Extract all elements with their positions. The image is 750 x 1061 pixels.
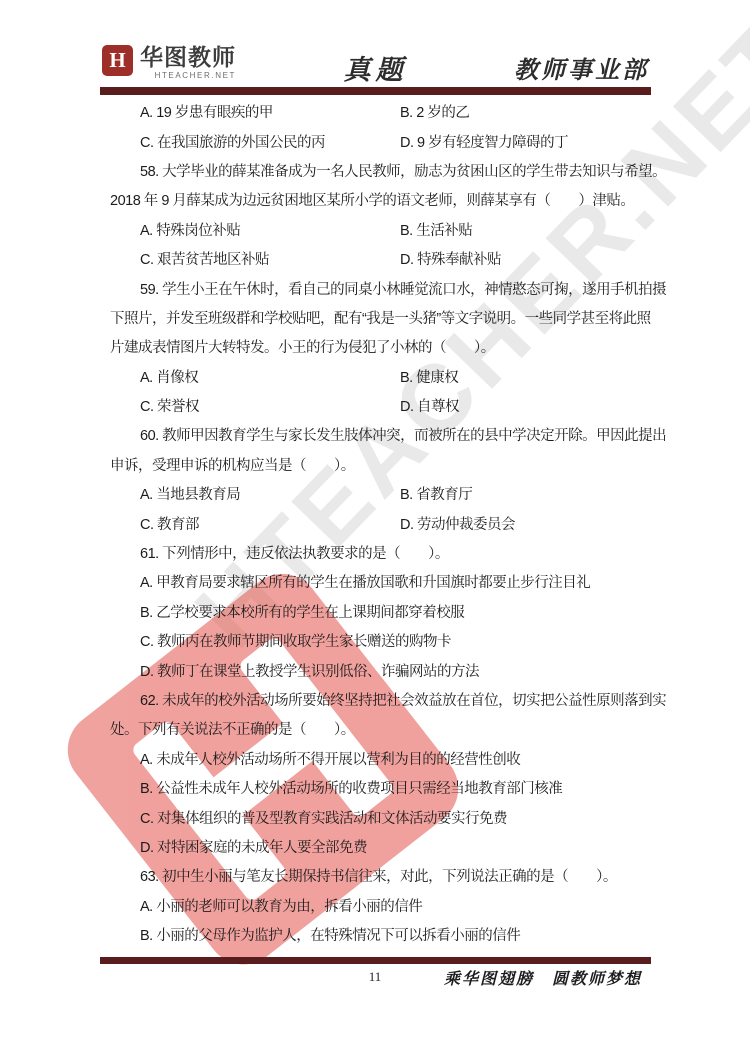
- option-row: C. 在我国旅游的外国公民的丙D. 9 岁有轻度智力障碍的丁: [110, 126, 646, 155]
- question-text-line: 下照片，并发至班级群和学校贴吧，配有“我是一头猪”等文字说明。一些同学甚至将此照: [110, 303, 646, 332]
- footer-rule: [100, 957, 651, 964]
- option-b: B. 2 岁的乙: [400, 101, 646, 122]
- exam-page: HTEACHER.NET H 华图教师 HTEACHER.NET 真题 教师事业…: [0, 0, 750, 1061]
- question-text-line: 片建成表情图片大转特发。小王的行为侵犯了小林的（ ）。: [110, 332, 646, 361]
- question-text-line: 63. 初中生小丽与笔友长期保持书信往来，对此，下列说法正确的是（ ）。: [110, 861, 646, 890]
- page-header: H 华图教师 HTEACHER.NET 真题 教师事业部: [100, 42, 651, 88]
- option-row: C. 荣誉权D. 自尊权: [110, 391, 646, 420]
- option-b: B. 省教育厅: [400, 483, 646, 504]
- option-row: C. 教育部D. 劳动仲裁委员会: [110, 508, 646, 537]
- footer-slogan: 乘华图翅膀 圆教师梦想: [444, 966, 642, 989]
- option-a: A. 肖像权: [110, 366, 400, 387]
- question-text-line: 58. 大学毕业的薛某准备成为一名人民教师，励志为贫困山区的学生带去知识与希望。: [110, 156, 646, 185]
- option-c: C. 在我国旅游的外国公民的丙: [110, 131, 400, 152]
- option-line: B. 小丽的父母作为监护人，在特殊情况下可以拆看小丽的信件: [110, 920, 646, 949]
- question-text-line: 2018 年 9 月薛某成为边远贫困地区某所小学的语文老师，则薛某享有（ ）津贴…: [110, 185, 646, 214]
- question-text-line: 61. 下列情形中，违反依法执教要求的是（ ）。: [110, 538, 646, 567]
- option-line: A. 未成年人校外活动场所不得开展以营利为目的的经营性创收: [110, 744, 646, 773]
- option-line: B. 乙学校要求本校所有的学生在上课期间都穿着校服: [110, 597, 646, 626]
- department-title: 教师事业部: [514, 50, 649, 85]
- option-d: D. 特殊奉献补贴: [400, 248, 646, 269]
- question-text-line: 60. 教师甲因教育学生与家长发生肢体冲突，而被所在的县中学决定开除。甲因此提出: [110, 420, 646, 449]
- option-d: D. 自尊权: [400, 395, 646, 416]
- question-area: A. 19 岁患有眼疾的甲B. 2 岁的乙C. 在我国旅游的外国公民的丙D. 9…: [110, 97, 646, 949]
- option-b: B. 生活补贴: [400, 219, 646, 240]
- option-c: C. 教育部: [110, 513, 400, 534]
- option-d: D. 9 岁有轻度智力障碍的丁: [400, 131, 646, 152]
- header-rule: [100, 87, 651, 95]
- option-line: A. 甲教育局要求辖区所有的学生在播放国歌和升国旗时都要止步行注目礼: [110, 567, 646, 596]
- option-row: A. 特殊岗位补贴B. 生活补贴: [110, 215, 646, 244]
- question-text-line: 处。下列有关说法不正确的是（ ）。: [110, 714, 646, 743]
- option-c: C. 荣誉权: [110, 395, 400, 416]
- option-line: A. 小丽的老师可以教育为由，拆看小丽的信件: [110, 891, 646, 920]
- option-b: B. 健康权: [400, 366, 646, 387]
- option-row: A. 当地县教育局B. 省教育厅: [110, 479, 646, 508]
- option-line: D. 教师丁在课堂上教授学生识别低俗、诈骗网站的方法: [110, 655, 646, 684]
- option-a: A. 特殊岗位补贴: [110, 219, 400, 240]
- option-d: D. 劳动仲裁委员会: [400, 513, 646, 534]
- option-a: A. 19 岁患有眼疾的甲: [110, 101, 400, 122]
- option-row: A. 19 岁患有眼疾的甲B. 2 岁的乙: [110, 97, 646, 126]
- question-text-line: 59. 学生小王在午休时，看自己的同桌小林睡觉流口水，神情憨态可掬，遂用手机拍摄: [110, 273, 646, 302]
- option-row: A. 肖像权B. 健康权: [110, 362, 646, 391]
- question-text-line: 申诉，受理申诉的机构应当是（ ）。: [110, 450, 646, 479]
- option-row: C. 艰苦贫苦地区补贴D. 特殊奉献补贴: [110, 244, 646, 273]
- option-line: C. 对集体组织的普及型教育实践活动和文体活动要实行免费: [110, 802, 646, 831]
- option-line: D. 对特困家庭的未成年人要全部免费: [110, 832, 646, 861]
- option-c: C. 艰苦贫苦地区补贴: [110, 248, 400, 269]
- option-line: B. 公益性未成年人校外活动场所的收费项目只需经当地教育部门核准: [110, 773, 646, 802]
- option-line: C. 教师丙在教师节期间收取学生家长赠送的购物卡: [110, 626, 646, 655]
- question-text-line: 62. 未成年的校外活动场所要始终坚持把社会效益放在首位，切实把公益性原则落到实: [110, 685, 646, 714]
- option-a: A. 当地县教育局: [110, 483, 400, 504]
